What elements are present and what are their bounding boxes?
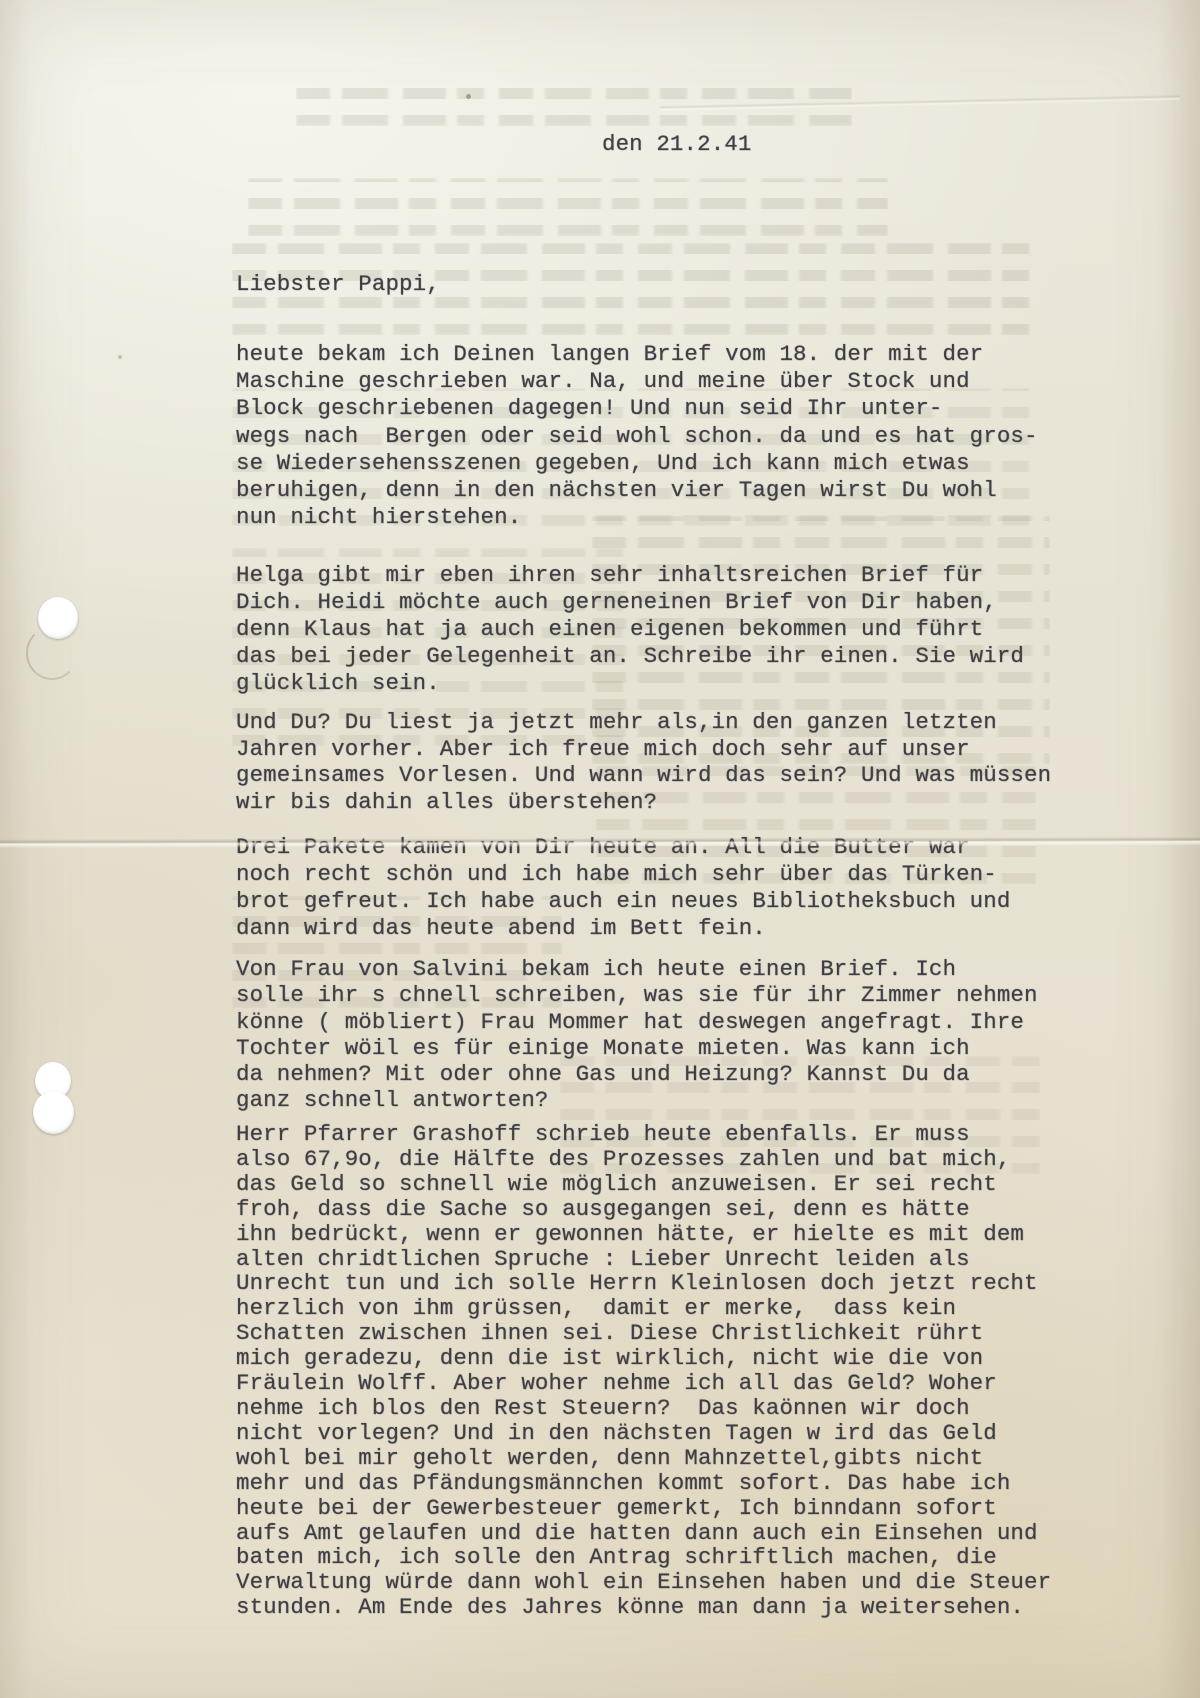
letter-line: könne ( möbliert) Frau Mommer hat desweg… <box>236 1009 1038 1035</box>
letter-line: heute bekam ich Deinen langen Brief vom … <box>236 341 1038 368</box>
letter-line: Verwaltung würde dann wohl ein Einsehen … <box>236 1570 1051 1595</box>
letter-line: glücklich sein. <box>236 670 1024 697</box>
letter-line: da nehmen? Mit oder ohne Gas und Heizung… <box>236 1061 1038 1087</box>
letter-line: ihn bedrückt, wenn er gewonnen hätte, er… <box>236 1222 1051 1247</box>
punch-hole <box>33 1091 74 1134</box>
letter-line: Jahren vorher. Aber ich freue mich doch … <box>236 736 1051 763</box>
letter-paragraph: Drei Pakete kamen von Dir heute an. All … <box>236 834 1010 942</box>
letter-line: das Geld so schnell wie möglich anzuweis… <box>236 1172 1051 1197</box>
letter-line: Dich. Heidi möchte auch gerneneinen Brie… <box>236 589 1024 616</box>
letter-paragraph: heute bekam ich Deinen langen Brief vom … <box>236 341 1038 531</box>
letter-line: wohl bei mir geholt werden, denn Mahnzet… <box>236 1446 1051 1471</box>
letter-page: den 21.2.41 Liebster Pappi, heute bekam … <box>0 0 1200 1698</box>
letter-line: Herr Pfarrer Grashoff schrieb heute eben… <box>236 1122 1051 1147</box>
letter-line: Schatten zwischen ihnen sei. Diese Chris… <box>236 1321 1051 1346</box>
letter-line: se Wiedersehensszenen gegeben, Und ich k… <box>236 450 1038 477</box>
ink-speck <box>466 94 471 99</box>
letter-paragraph: Helga gibt mir eben ihren sehr inhaltsre… <box>236 562 1024 697</box>
letter-date: den 21.2.41 <box>602 131 751 157</box>
letter-paragraph: Von Frau von Salvini bekam ich heute ein… <box>236 956 1038 1114</box>
letter-line: ganz schnell antworten? <box>236 1087 1038 1113</box>
bleedthrough-ghost-text <box>248 178 888 236</box>
letter-salutation: Liebster Pappi, <box>236 271 440 297</box>
letter-line: Unrecht tun und ich solle Herrn Kleinlos… <box>236 1271 1051 1296</box>
letter-line: noch recht schön und ich habe mich sehr … <box>236 861 1010 888</box>
letter-line: beruhigen, denn in den nächsten vier Tag… <box>236 477 1038 504</box>
letter-line: alten chridtlichen Spruche : Lieber Unre… <box>236 1247 1051 1272</box>
letter-line: Maschine geschrieben war. Na, und meine … <box>236 368 1038 395</box>
letter-line: dann wird das heute abend im Bett fein. <box>236 915 1010 942</box>
letter-line: also 67,9o, die Hälfte des Prozesses zah… <box>236 1147 1051 1172</box>
letter-line: nicht vorlegen? Und in den nächsten Tage… <box>236 1421 1051 1446</box>
letter-line: baten mich, ich solle den Antrag schrift… <box>236 1545 1051 1570</box>
letter-line: solle ihr s chnell schreiben, was sie fü… <box>236 982 1038 1008</box>
letter-line: Helga gibt mir eben ihren sehr inhaltsre… <box>236 562 1024 589</box>
letter-line: herzlich von ihm grüssen, damit er merke… <box>236 1296 1051 1321</box>
letter-line: brot gefreut. Ich habe auch ein neues Bi… <box>236 888 1010 915</box>
letter-line: stunden. Am Ende des Jahres könne man da… <box>236 1595 1051 1620</box>
letter-line: nehme ich blos den Rest Steuern? Das kaö… <box>236 1396 1051 1421</box>
letter-line: Von Frau von Salvini bekam ich heute ein… <box>236 956 1038 982</box>
letter-line: mich geradezu, denn die ist wirklich, ni… <box>236 1346 1051 1371</box>
letter-line: denn Klaus hat ja auch einen eigenen bek… <box>236 616 1024 643</box>
ink-speck <box>118 355 122 359</box>
letter-line: Block geschriebenen dagegen! Und nun sei… <box>236 395 1038 422</box>
letter-paragraph: Und Du? Du liest ja jetzt mehr als,in de… <box>236 709 1051 815</box>
letter-line: heute bei der Gewerbesteuer gemerkt, Ich… <box>236 1496 1051 1521</box>
letter-line: mehr und das Pfändungsmännchen kommt sof… <box>236 1471 1051 1496</box>
letter-line: Und Du? Du liest ja jetzt mehr als,in de… <box>236 709 1051 736</box>
letter-line: Fräulein Wolff. Aber woher nehme ich all… <box>236 1371 1051 1396</box>
letter-line: gemeinsames Vorlesen. Und wann wird das … <box>236 762 1051 789</box>
letter-line: aufs Amt gelaufen und die hatten dann au… <box>236 1521 1051 1546</box>
letter-line: wegs nach Bergen oder seid wohl schon. d… <box>236 423 1038 450</box>
punch-hole <box>38 597 78 639</box>
letter-line: das bei jeder Gelegenheit an. Schreibe i… <box>236 643 1024 670</box>
letter-line: nun nicht hierstehen. <box>236 504 1038 531</box>
letter-line: Tochter wöil es für einige Monate mieten… <box>236 1035 1038 1061</box>
bleedthrough-ghost-text <box>296 72 852 126</box>
letter-line: wir bis dahin alles überstehen? <box>236 789 1051 816</box>
letter-paragraph: Herr Pfarrer Grashoff schrieb heute eben… <box>236 1122 1051 1620</box>
letter-line: froh, dass die Sache so ausgegangen sei,… <box>236 1197 1051 1222</box>
